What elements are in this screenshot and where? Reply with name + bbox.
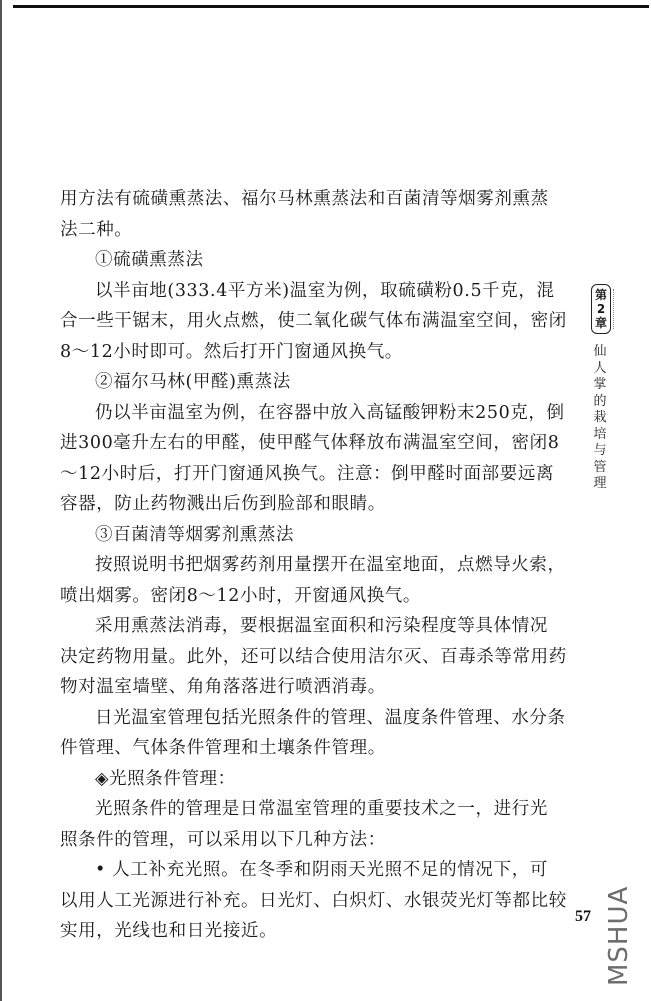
text-line: 光照条件的管理是日常温室管理的重要技术之一，进行光 — [60, 794, 548, 825]
text-line: 件管理、气体条件管理和土壤条件管理。 — [60, 733, 548, 764]
text-line: 日光温室管理包括光照条件的管理、温度条件管理、水分条 — [60, 703, 548, 734]
watermark: MSHUA — [604, 886, 634, 986]
dotted-marker — [613, 289, 616, 329]
text-line: 合一些干锯末，用火点燃，使二氧化碳气体布满温室空间，密闭 — [60, 306, 548, 337]
text-line: 法二种。 — [60, 215, 548, 246]
text-line: ～12小时后，打开门窗通风换气。注意：倒甲醛时面部要远离 — [60, 459, 548, 490]
text-line: 进300毫升左右的甲醛，使甲醛气体释放布满温室空间，密闭8 — [60, 428, 548, 459]
page-number: 57 — [575, 908, 591, 926]
subheading-light-management: ◈光照条件管理： — [60, 764, 548, 795]
text-line: 容器，防止药物溅出后伤到脸部和眼睛。 — [60, 489, 548, 520]
header-rule — [13, 5, 649, 8]
chapter-title: 仙人掌的栽培与管理 — [591, 344, 609, 493]
text-line: 物对温室墙壁、角角落落进行喷洒消毒。 — [60, 672, 548, 703]
text-line: 决定药物用量。此外，还可以结合使用洁尔灭、百毒杀等常用药 — [60, 642, 548, 673]
text-line: 以半亩地(333.4平方米)温室为例，取硫磺粉0.5千克，混 — [60, 276, 548, 307]
text-line: 用方法有硫磺熏蒸法、福尔马林熏蒸法和百菌清等烟雾剂熏蒸 — [60, 184, 548, 215]
text-line: 仍以半亩温室为例，在容器中放入高锰酸钾粉末250克，倒 — [60, 398, 548, 429]
text-line: 实用，光线也和日光接近。 — [60, 916, 548, 947]
chapter-badge: 第 2 章 — [591, 284, 611, 334]
subheading-sulfur-fumigation: ①硫磺熏蒸法 — [60, 245, 548, 276]
subheading-smoke-fumigation: ③百菌清等烟雾剂熏蒸法 — [60, 520, 548, 551]
bullet-item: • 人工补充光照。在冬季和阴雨天光照不足的情况下，可 — [60, 855, 548, 886]
body-text: 用方法有硫磺熏蒸法、福尔马林熏蒸法和百菌清等烟雾剂熏蒸 法二种。 ①硫磺熏蒸法 … — [60, 184, 548, 947]
text-line: 照条件的管理，可以采用以下几种方法： — [60, 825, 548, 856]
text-line: 8～12小时即可。然后打开门窗通风换气。 — [60, 337, 548, 368]
text-line: 按照说明书把烟雾药剂用量摆开在温室地面，点燃导火索， — [60, 550, 548, 581]
chapter-label-suffix: 章 — [592, 316, 610, 330]
chapter-label-prefix: 第 — [592, 288, 610, 302]
text-line: 喷出烟雾。密闭8～12小时，开窗通风换气。 — [60, 581, 548, 612]
text-line: 以用人工光源进行补充。日光灯、白炽灯、水银荧光灯等都比较 — [60, 886, 548, 917]
page-left-edge — [0, 0, 2, 1001]
subheading-formalin-fumigation: ②福尔马林(甲醛)熏蒸法 — [60, 367, 548, 398]
chapter-side-tab: 第 2 章 仙人掌的栽培与管理 — [591, 284, 613, 493]
text-line: 采用熏蒸法消毒，要根据温室面积和污染程度等具体情况 — [60, 611, 548, 642]
chapter-number: 2 — [592, 302, 610, 316]
